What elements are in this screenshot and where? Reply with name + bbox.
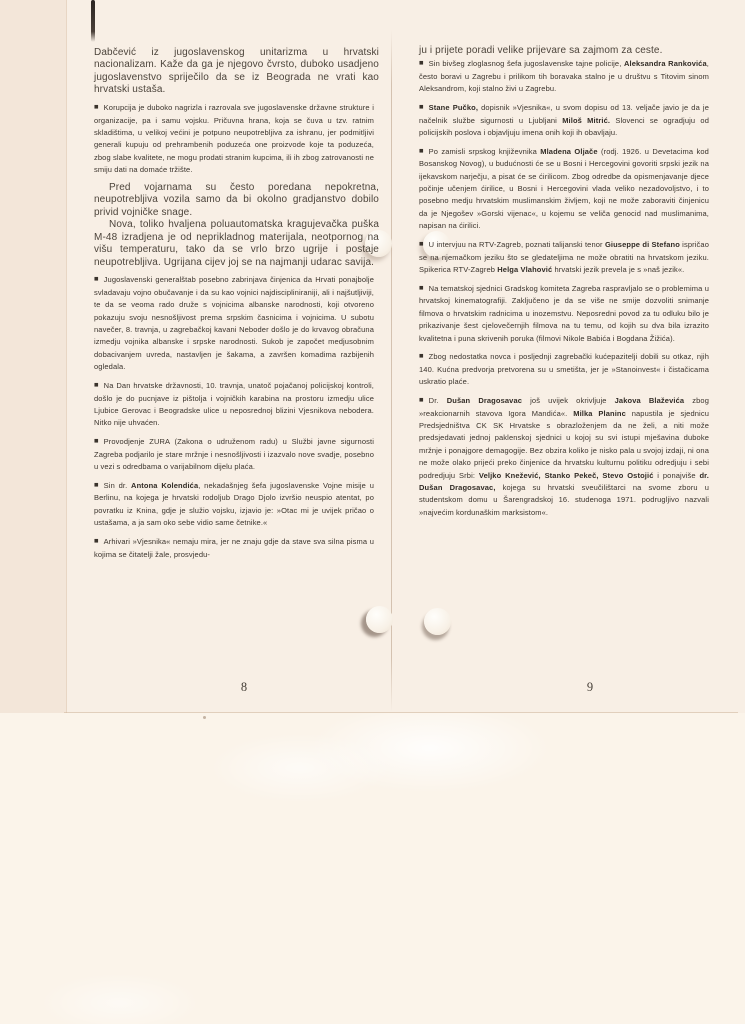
emphasized-name: Stane Pučko, [429,103,478,112]
page-gutter-line [391,30,392,712]
emphasized-name: Aleksandra Rankovića [624,59,707,68]
paragraph: ■Korupcija je duboko nagrizla i razroval… [94,101,379,176]
text-run: Jugoslavenski generalštab posebno zabrin… [94,275,374,371]
paragraph: ■Po zamisli srpskog književnika Mladena … [419,145,714,233]
binding-hole-artifact [424,608,451,635]
page-number-right: 9 [580,680,600,695]
scan-bottom-margin [0,713,745,1024]
paragraph: ■Arhivari »Vjesnika« nemaju mira, jer ne… [94,535,379,561]
page-8-text-column: Dabčević iz jugoslavenskog unitarizma u … [94,47,379,562]
paragraph: ■U intervjuu na RTV-Zagreb, poznati tali… [419,238,714,276]
scan-speck [203,716,206,719]
emphasized-name: Milka Planinc [573,409,626,418]
paragraph: ■Sin dr. Antona Kolendića, nekadašnjeg š… [94,479,379,530]
text-run: Sin bivšeg zloglasnog šefa jugoslavenske… [429,59,624,68]
page-9-text-column: ju i prijete poradi velike prijevare sa … [419,45,714,520]
text-run: U intervjuu na RTV-Zagreb, poznati talij… [429,240,605,249]
bullet-square-icon: ■ [94,273,104,285]
paragraph: ■Jugoslavenski generalštab posebno zabri… [94,273,379,373]
book-scan-spread: { "document": { "language": "hr", "bulle… [0,0,745,1024]
text-run: Zbog nedostatka novca i posljednji zagre… [419,352,709,386]
paragraph: ■Zbog nedostatka novca i posljednji zagr… [419,350,714,388]
text-run: hrvatski jezik prevela je s »naš jezik«. [552,265,684,274]
text-run: Po zamisli srpskog književnika [429,147,541,156]
bullet-square-icon: ■ [419,101,429,113]
bullet-square-icon: ■ [419,238,429,250]
text-run: Dr. [429,396,447,405]
text-run: i ponajviše [653,471,699,480]
emphasized-name: Jakova Blaževića [615,396,685,405]
paragraph: Dabčević iz jugoslavenskog unitarizma u … [94,47,379,97]
paragraph: ■Provodjenje ZURA (Zakona o udruženom ra… [94,435,379,473]
page-bottom-edge [64,712,738,713]
emphasized-name: Helga Vlahović [497,265,552,274]
emphasized-name: Miloš Mitrić. [562,116,610,125]
text-run: Pred vojarnama su često poredana nepokre… [94,182,379,218]
bullet-square-icon: ■ [419,350,429,362]
text-run: ju i prijete poradi velike prijevare sa … [419,45,663,56]
emphasized-name: Veljko Knežević, Stanko Pekeč, Stevo Ost… [479,471,654,480]
bullet-square-icon: ■ [419,394,429,406]
bullet-square-icon: ■ [94,379,104,391]
paragraph: ■Na tematskoj sjednici Gradskog komiteta… [419,282,714,345]
text-run: još uvijek okrivljuje [522,396,615,405]
emphasized-name: Dušan Dragosavac [447,396,522,405]
text-run: Na Dan hrvatske državnosti, 10. travnja,… [94,381,374,427]
text-run: (rodj. 1926. u Devetacima kod Bosanskog … [419,147,709,230]
text-run: Dabčević iz jugoslavenskog unitarizma u … [94,47,379,95]
bullet-square-icon: ■ [94,479,104,491]
bullet-square-icon: ■ [94,435,104,447]
paragraph: Pred vojarnama su često poredana nepokre… [94,182,379,219]
paragraph: ■Stane Pučko, dopisnik »Vjesnika«, u svo… [419,101,714,139]
paragraph: Nova, toliko hvaljena poluautomatska kra… [94,219,379,269]
page-number-left: 8 [234,680,254,695]
text-run: napustila je sjednicu Predsjedništva CK … [419,409,709,480]
text-run: Na tematskoj sjednici Gradskog komiteta … [419,284,709,343]
bullet-square-icon: ■ [419,57,429,69]
paragraph: ■Na Dan hrvatske državnosti, 10. travnja… [94,379,379,430]
text-run: Arhivari »Vjesnika« nemaju mira, jer ne … [94,537,374,558]
bullet-square-icon: ■ [419,282,429,294]
bullet-square-icon: ■ [94,535,104,547]
scan-artifact-ink-mark [91,0,95,42]
emphasized-name: Giuseppe di Stefano [605,240,680,249]
text-run: Nova, toliko hvaljena poluautomatska kra… [94,219,379,267]
bullet-square-icon: ■ [419,145,429,157]
text-run: Provodjenje ZURA (Zakona o udruženom rad… [94,437,374,471]
bullet-square-icon: ■ [94,101,104,113]
emphasized-name: Antona Kolendića [131,481,198,490]
emphasized-name: Mladena Oljače [540,147,597,156]
paragraph: ■Dr. Dušan Dragosavac još uvijek okrivlj… [419,394,714,519]
text-run: Sin dr. [104,481,131,490]
binding-hole-artifact [366,606,393,633]
text-run: Korupcija je duboko nagrizla i razrovala… [94,103,374,174]
paragraph: ju i prijete poradi velike prijevare sa … [419,45,714,57]
scan-left-margin [0,0,67,713]
paragraph: ■Sin bivšeg zloglasnog šefa jugoslavensk… [419,57,714,95]
